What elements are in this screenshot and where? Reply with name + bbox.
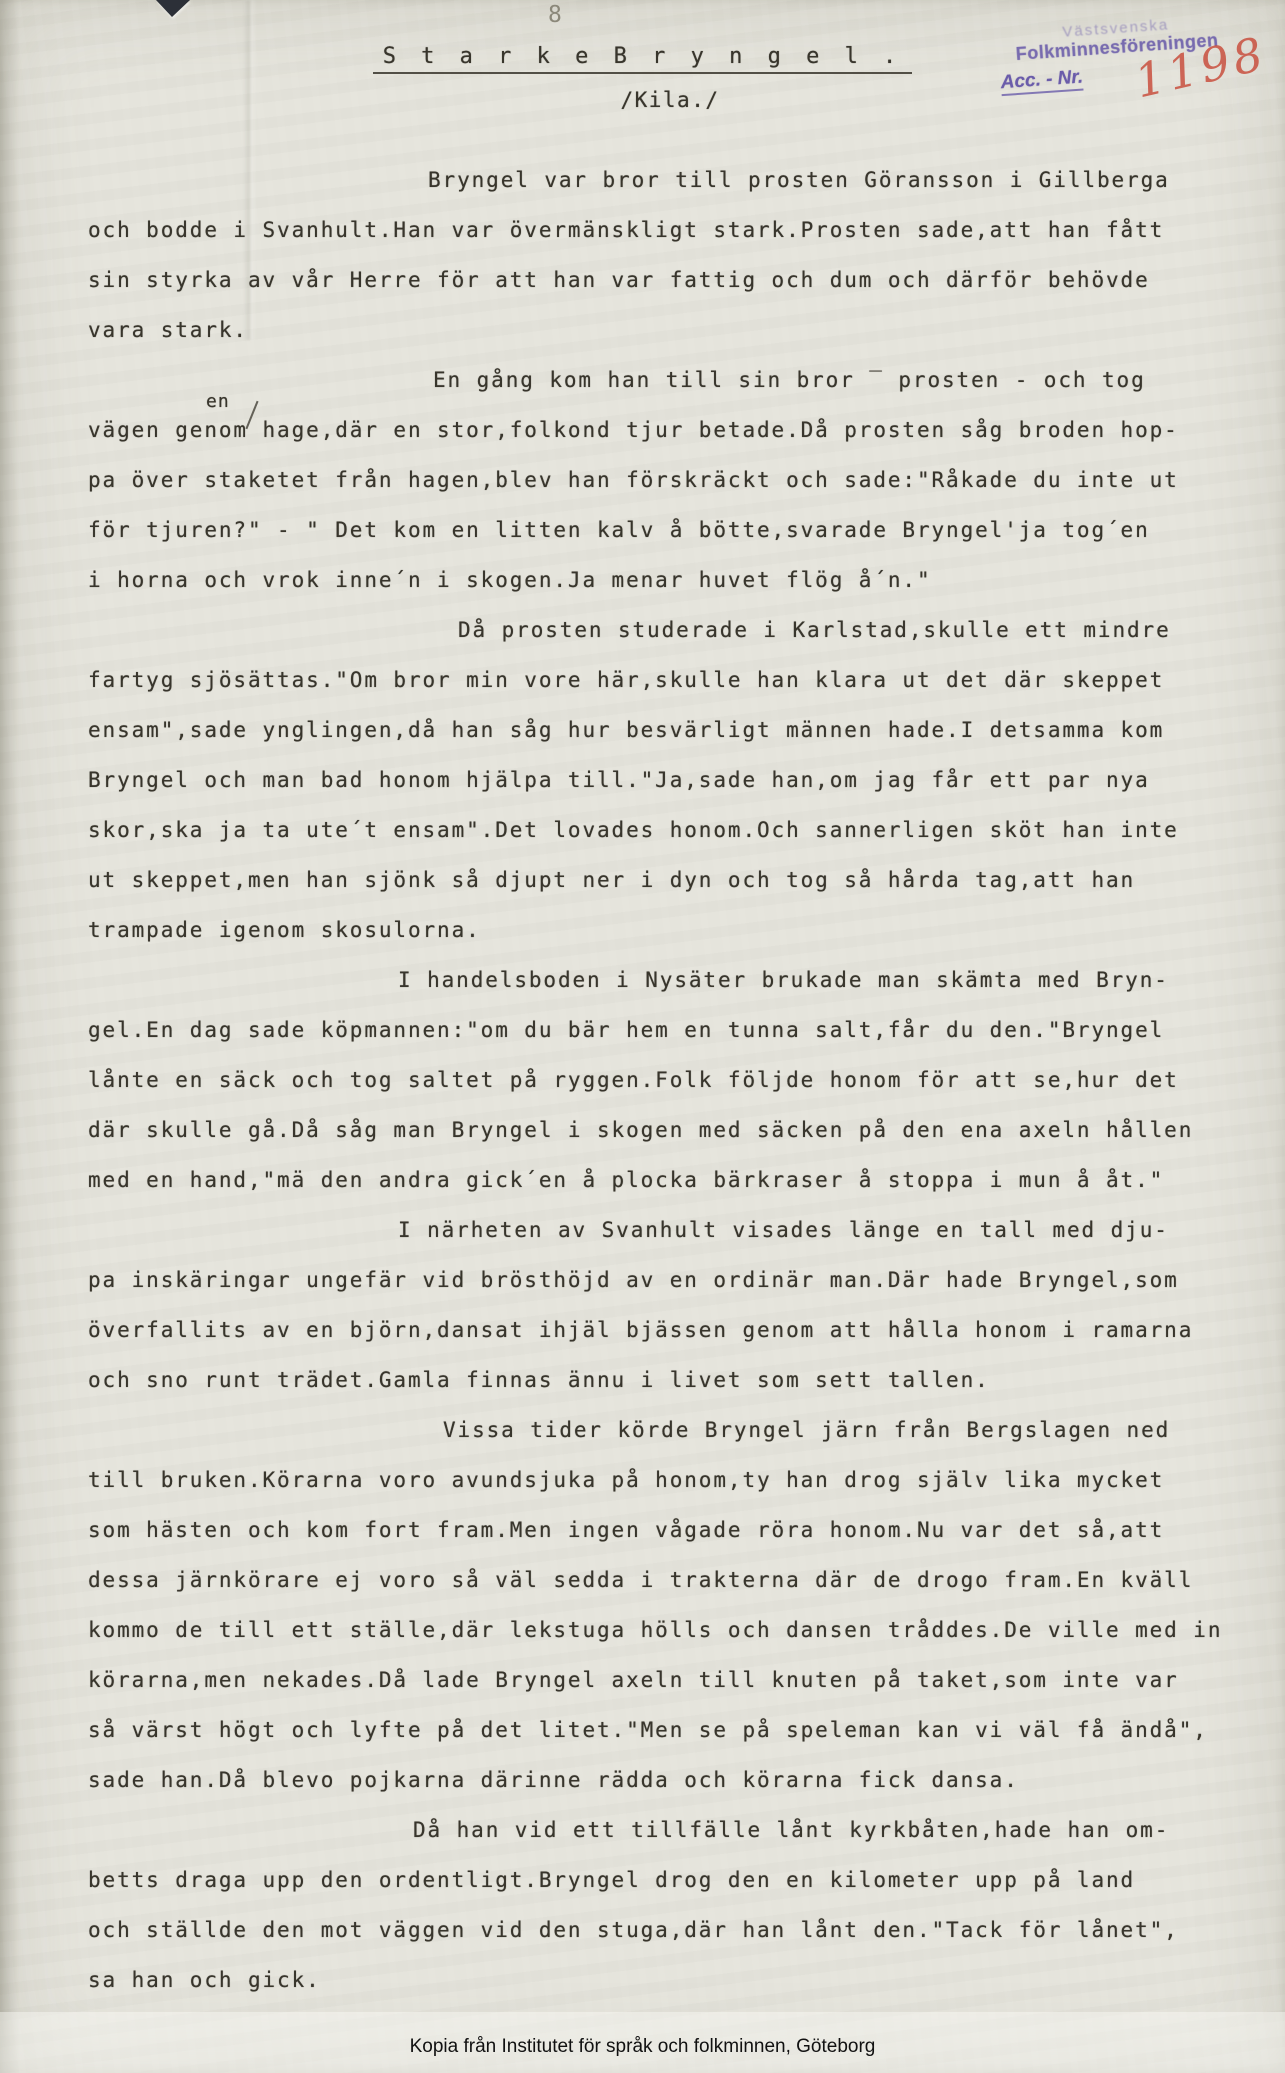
text-line: och ställde den mot väggen vid den stuga… <box>88 1905 1238 1955</box>
text-line: gel.En dag sade köpmannen:"om du bär hem… <box>88 1005 1238 1055</box>
text-line: och sno runt trädet.Gamla finnas ännu i … <box>88 1355 1238 1405</box>
text-line: med en hand,"mä den andra gick´en å ploc… <box>88 1155 1238 1205</box>
text-line: ensam",sade ynglingen,då han såg hur bes… <box>88 705 1238 755</box>
text-line: Vissa tider körde Bryngel järn från Berg… <box>443 1405 1238 1455</box>
text-line: kommo de till ett ställe,där lekstuga hö… <box>88 1605 1238 1655</box>
text-line: skor,ska ja ta ute´t ensam".Det lovades … <box>88 805 1238 855</box>
text-line: Bryngel var bror till prosten Göransson … <box>428 155 1238 205</box>
text-line: ut skeppet,men han sjönk så djupt ner i … <box>88 855 1238 905</box>
text-line: och bodde i Svanhult.Han var övermänskli… <box>88 205 1238 255</box>
text-line: fartyg sjösättas."Om bror min vore här,s… <box>88 655 1238 705</box>
text-line: i horna och vrok inne´n i skogen.Ja mena… <box>88 555 1238 605</box>
inserted-word: en <box>206 391 230 412</box>
text-line: så värst högt och lyfte på det litet."Me… <box>88 1705 1238 1755</box>
text-line: överfallits av en björn,dansat ihjäl bjä… <box>88 1305 1238 1355</box>
text-line: sin styrka av vår Herre för att han var … <box>88 255 1238 305</box>
text-line: där skulle gå.Då såg man Bryngel i skoge… <box>88 1105 1238 1155</box>
footer-credit: Kopia från Institutet för språk och folk… <box>0 2036 1285 2058</box>
document-subtitle: /Kila./ <box>0 88 1285 112</box>
text-line: för tjuren?" - " Det kom en litten kalv … <box>88 505 1238 555</box>
document-page: 8 Västsvenska Folkminnesföreningen Acc. … <box>0 0 1285 2073</box>
text-line: trampade igenom skosulorna. <box>88 905 1238 955</box>
text-line: Då han vid ett tillfälle lånt kyrkbåten,… <box>413 1805 1238 1855</box>
text-line: Bryngel och man bad honom hjälpa till."J… <box>88 755 1238 805</box>
text-line: dessa järnkörare ej voro så väl sedda i … <box>88 1555 1238 1605</box>
text-line: sade han.Då blevo pojkarna därinne rädda… <box>88 1755 1238 1805</box>
title-row: S t a r k e B r y n g e l . <box>0 44 1285 74</box>
text-line: sa han och gick. <box>88 1955 1238 2005</box>
text-line: pa över staketet från hagen,blev han för… <box>88 455 1238 505</box>
text-line: betts draga upp den ordentligt.Bryngel d… <box>88 1855 1238 1905</box>
text-line: En gång kom han till sin bror ‾ prosten … <box>433 355 1238 405</box>
text-line: till bruken.Körarna voro avundsjuka på h… <box>88 1455 1238 1505</box>
document-body: Bryngel var bror till prosten Göransson … <box>88 155 1238 2005</box>
text-line: vägen genom hage,där en stor,folkond tju… <box>88 405 1238 455</box>
text-line: körarna,men nekades.Då lade Bryngel axel… <box>88 1655 1238 1705</box>
torn-corner-mark <box>156 0 190 17</box>
page-number: 8 <box>548 2 564 28</box>
text-line: I handelsboden i Nysäter brukade man skä… <box>398 955 1238 1005</box>
document-title: S t a r k e B r y n g e l . <box>373 44 913 74</box>
text-line: Då prosten studerade i Karlstad,skulle e… <box>458 605 1238 655</box>
text-line: som hästen och kom fort fram.Men ingen v… <box>88 1505 1238 1555</box>
text-line: lånte en säck och tog saltet på ryggen.F… <box>88 1055 1238 1105</box>
text-line: I närheten av Svanhult visades länge en … <box>398 1205 1238 1255</box>
text-line: pa inskäringar ungefär vid brösthöjd av … <box>88 1255 1238 1305</box>
text-line: vara stark. <box>88 305 1238 355</box>
left-edge-shadow <box>0 0 20 2073</box>
